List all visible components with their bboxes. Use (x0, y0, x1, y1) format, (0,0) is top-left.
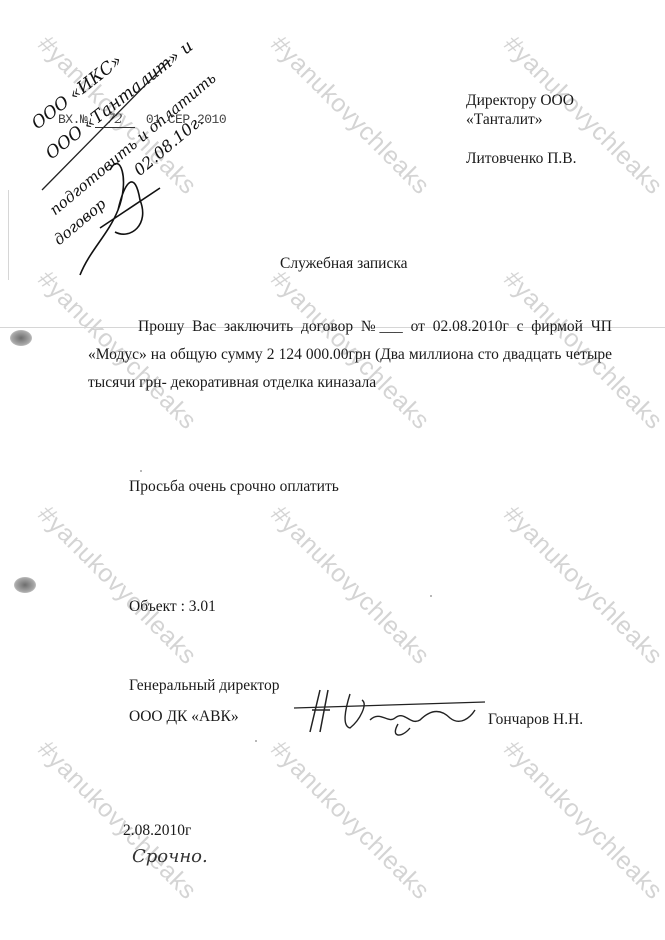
signature-scribble-icon (0, 0, 260, 290)
addressee-line2: «Танталит» (466, 110, 543, 130)
addressee-name: Литовченко П.В. (466, 149, 576, 169)
handwritten-note: Срочно. (132, 846, 208, 867)
document-date: 2.08.2010г (123, 821, 191, 841)
scan-speck (430, 595, 432, 597)
watermark: #yanukovychleaks (497, 735, 665, 906)
watermark: #yanukovychleaks (31, 500, 202, 671)
scan-speck (255, 740, 257, 742)
watermark: #yanukovychleaks (264, 30, 435, 201)
urgent-request: Просьба очень срочно оплатить (129, 477, 339, 497)
director-signature (290, 680, 490, 740)
watermark: #yanukovychleaks (264, 735, 435, 906)
object-number: Объект : 3.01 (129, 597, 216, 617)
signer-position: Генеральный директор (129, 676, 280, 696)
signature-icon (290, 680, 490, 740)
punch-hole-mark (14, 577, 36, 593)
resolution-annotation: ООО «ИКС» ООО «Танталит» и подготовить и… (0, 0, 260, 260)
body-text: Прошу Вас заключить договор №___ от 02.0… (88, 318, 612, 391)
watermark: #yanukovychleaks (264, 500, 435, 671)
punch-hole-mark (10, 330, 32, 346)
signer-company: ООО ДК «АВК» (129, 707, 239, 727)
document-title: Служебная записка (280, 254, 408, 274)
body-paragraph: Прошу Вас заключить договор №___ от 02.0… (88, 313, 612, 397)
watermark: #yanukovychleaks (497, 500, 665, 671)
scan-speck (140, 470, 142, 472)
signer-name: Гончаров Н.Н. (488, 710, 583, 730)
addressee-line1: Директору ООО (466, 91, 574, 111)
